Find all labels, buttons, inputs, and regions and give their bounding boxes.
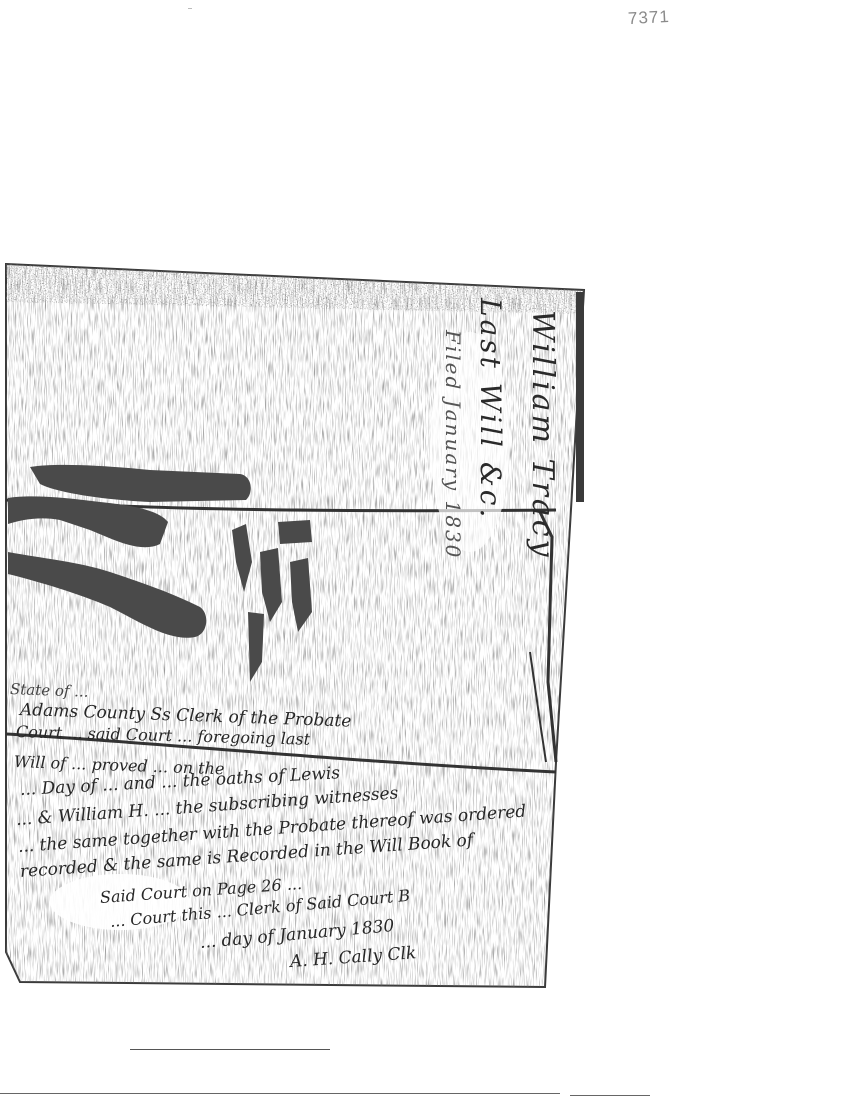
page-number: 7371 (628, 7, 671, 29)
scan-artifact-line (570, 1095, 650, 1096)
endorsement-title: Last Will &c. (474, 298, 507, 520)
scan-speck (188, 8, 192, 9)
scan-artifact-line (130, 1049, 330, 1050)
endorsement-name: William Tracy (525, 310, 560, 560)
scan-artifact-line (0, 1093, 560, 1094)
endorsement-filed: Filed January 1830 (441, 330, 465, 559)
probate-line: State of ... (10, 680, 89, 701)
